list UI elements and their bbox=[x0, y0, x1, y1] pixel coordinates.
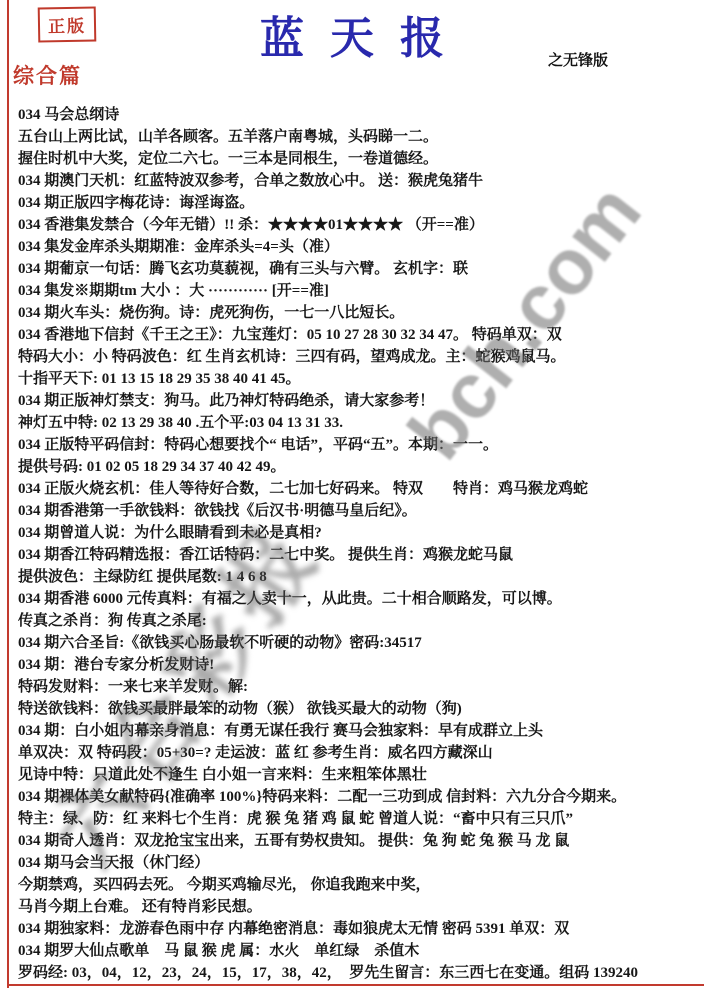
edition-label: 之无锋版 bbox=[548, 49, 608, 70]
lottery-tip-sheet-page: { "page": { "badge": "正版", "title": "蓝天报… bbox=[0, 0, 704, 988]
bottom-red-rule bbox=[7, 984, 704, 986]
text-line: 马肖今期上台难。 还有特肖彩民想。 bbox=[18, 896, 702, 918]
text-line: 034 期裸体美女献特码{准确率 100%}特码来料：二配一三功到成 信封料：六… bbox=[18, 786, 702, 808]
text-line: 五台山上两比试，山羊各顾客。五羊落户南粤城，头码睇一二。 bbox=[18, 126, 702, 148]
text-line: 见诗中特：只道此处不逢生 白小姐一言来料：生来粗笨体黑壮 bbox=[18, 764, 702, 786]
text-line: 034 期香港第一手欲钱料：欲钱找《后汉书·明德马皇后纪》。 bbox=[18, 500, 702, 522]
left-red-rule bbox=[7, 0, 9, 988]
text-line: 034 期独家料：龙游春色雨中存 内幕绝密消息：毒如狼虎太无情 密码 5391 … bbox=[18, 918, 702, 940]
section-title: 综合篇 bbox=[13, 60, 82, 90]
text-line: 034 期澳门天机：红蓝特波双参考，合单之数放心中。 送：猴虎兔猪牛 bbox=[18, 170, 702, 192]
text-line: 提供号码: 01 02 05 18 29 34 37 40 42 49。 bbox=[18, 456, 702, 478]
text-line: 特码大小：小 特码波色：红 生肖玄机诗：三四有码，望鸡成龙。主：蛇猴鸡鼠马。 bbox=[18, 346, 702, 368]
text-line: 传真之杀肖：狗 传真之杀尾: bbox=[18, 610, 702, 632]
text-line: 034 集发金库杀头期期准：金库杀头=4=头（准） bbox=[18, 236, 702, 258]
text-line: 034 正版火烧玄机：佳人等待好合数，二七加七好码来。 特双 特肖：鸡马猴龙鸡蛇 bbox=[18, 478, 702, 500]
text-line: 特码发财料：一来七来羊发财。解: bbox=[18, 676, 702, 698]
text-line: 034 期罗大仙点歌单 马 鼠 猴 虎 属：水火 单红绿 杀值木 bbox=[18, 940, 702, 962]
text-line: 034 期葡京一句话：腾飞玄功莫藐视，确有三头与六臂。 玄机字：联 bbox=[18, 258, 702, 280]
text-line: 034 期正版四字梅花诗：诲淫诲盗。 bbox=[18, 192, 702, 214]
text-line: 034 期香港 6000 元传真料：有福之人卖十一，从此贵。二十相合顺路发，可以… bbox=[18, 588, 702, 610]
text-line: 034 期奇人透肖：双龙抢宝宝出来，五哥有势权贵知。 提供：兔 狗 蛇 兔 猴 … bbox=[18, 830, 702, 852]
text-line: 034 期：港台专家分析发财诗! bbox=[18, 654, 702, 676]
tip-lines-container: 034 马会总纲诗五台山上两比试，山羊各顾客。五羊落户南粤城，头码睇一二。握住时… bbox=[18, 104, 702, 984]
text-line: 特主：绿、防：红 来料七个生肖：虎 猴 兔 猪 鸡 鼠 蛇 曾道人说：“畜中只有… bbox=[18, 808, 702, 830]
text-line: 034 香港集发禁合（今年无错）!! 杀：★★★★01★★★★ （开==准） bbox=[18, 214, 702, 236]
text-line: 034 期：白小姐内幕亲身消息：有勇无谋任我行 赛马会独家料：早有成群立上头 bbox=[18, 720, 702, 742]
text-line: 034 期曾道人说：为什么眼睛看到未必是真相? bbox=[18, 522, 702, 544]
text-line: 特送欲钱料：欲钱买最胖最笨的动物（猴） 欲钱买最大的动物（狗) bbox=[18, 698, 702, 720]
text-line: 034 香港地下信封《千王之王》：九宝莲灯：05 10 27 28 30 32 … bbox=[18, 324, 702, 346]
text-line: 今期禁鸡，买四码去死。 今期买鸡输尽光， 你追我跑来中奖， bbox=[18, 874, 702, 896]
text-line: 034 期香江特码精选报：香江话特码：二七中奖。 提供生肖：鸡猴龙蛇马鼠 bbox=[18, 544, 702, 566]
text-line: 单双决：双 特码段：05+30=? 走运波：蓝 红 参考生肖：威名四方藏深山 bbox=[18, 742, 702, 764]
text-line: 034 期火车头：烧伤狗。诗：虎死狗伤，一七一八比短长。 bbox=[18, 302, 702, 324]
text-line: 034 期马会当天报（休门经） bbox=[18, 852, 702, 874]
text-line: 034 期正版神灯禁支：狗马。此乃神灯特码绝杀，请大家参考！ bbox=[18, 390, 702, 412]
text-line: 握住时机中大奖，定位二六七。一三本是同根生，一卷道德经。 bbox=[18, 148, 702, 170]
text-line: 034 正版特平码信封：特码心想要找个“ 电话”，平码“五”。本期：一一。 bbox=[18, 434, 702, 456]
text-line: 神灯五中特: 02 13 29 38 40 .五个平:03 04 13 31 3… bbox=[18, 412, 702, 434]
text-line: 罗码经: 03，04，12，23，24，15，17，38，42， 罗先生留言：东… bbox=[18, 962, 702, 984]
text-line: 034 马会总纲诗 bbox=[18, 104, 702, 126]
text-line: 034 期六合圣旨:《欲钱买心肠最软不听硬的动物》密码:34517 bbox=[18, 632, 702, 654]
text-line: 十指平天下: 01 13 15 18 29 35 38 40 41 45。 bbox=[18, 368, 702, 390]
text-line: 034 集发※期期tm 大小 ：大 ············ [开==准] bbox=[18, 280, 702, 302]
text-line: 提供波色：主绿防红 提供尾数: 1 4 6 8 bbox=[18, 566, 702, 588]
